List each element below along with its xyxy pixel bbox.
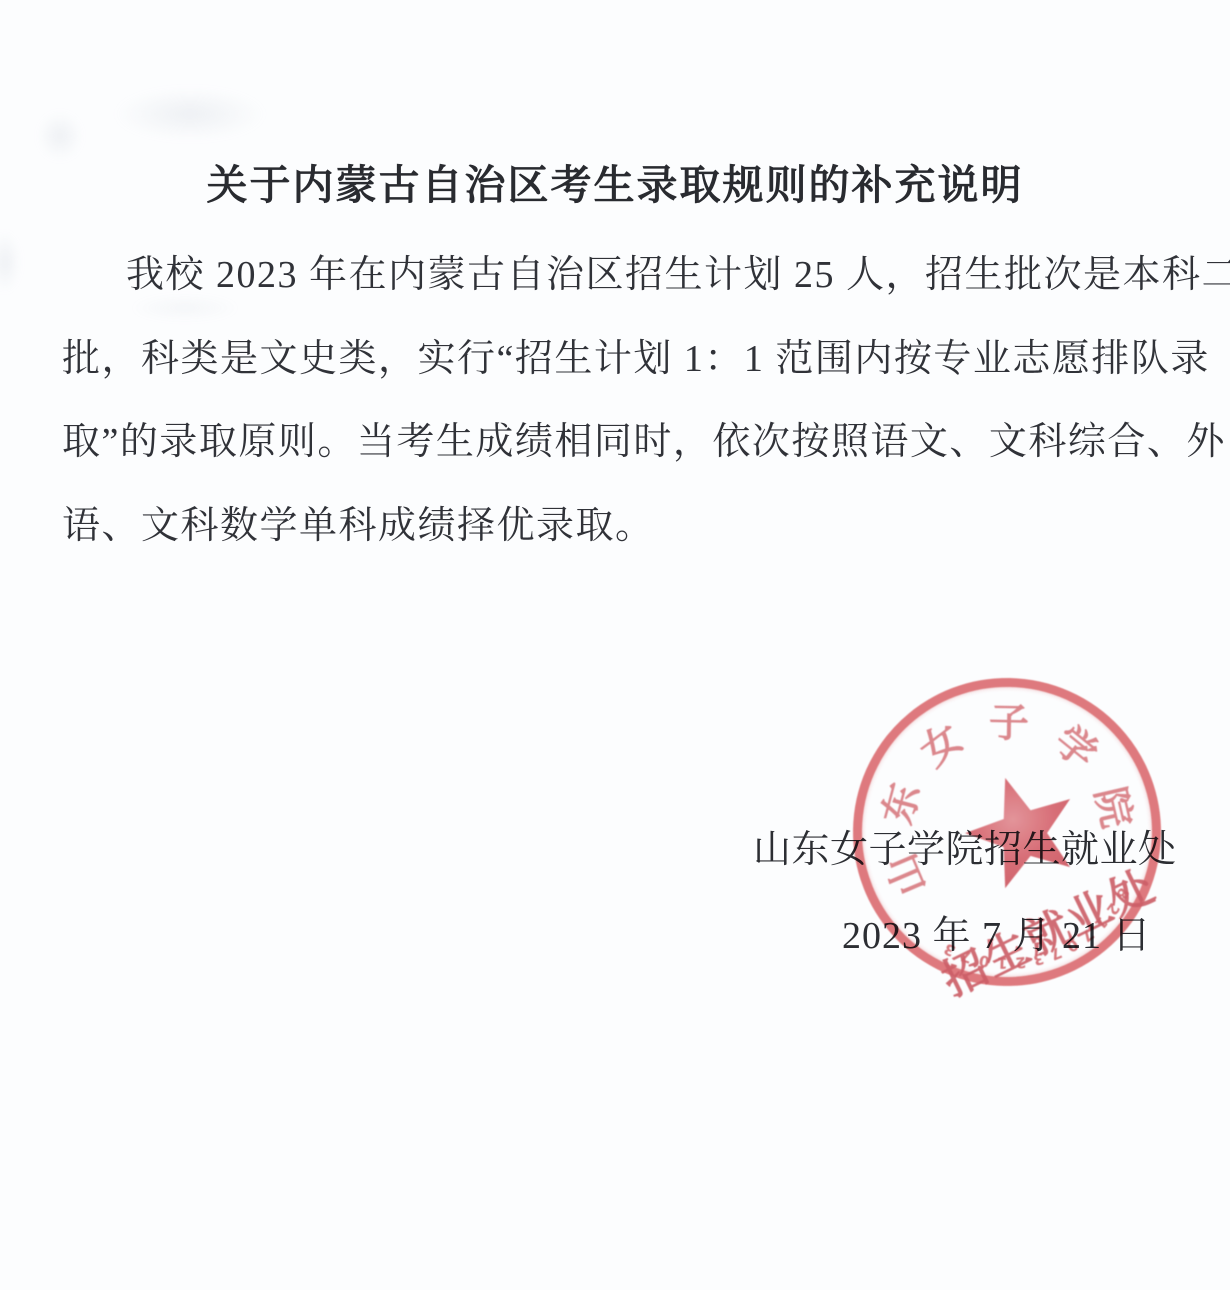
document-text-layer: 关于内蒙古自治区考生录取规则的补充说明 我校 2023 年在内蒙古自治区招生计划…: [0, 0, 1230, 1290]
document-title: 关于内蒙古自治区考生录取规则的补充说明: [0, 152, 1230, 211]
paragraph-line-3: 取”的录取原则。当考生成绩相同时，依次按照语文、文科综合、外: [62, 410, 1226, 465]
signature-department: 山东女子学院招生就业处: [753, 818, 1177, 873]
scanned-document-page: 关于内蒙古自治区考生录取规则的补充说明 我校 2023 年在内蒙古自治区招生计划…: [0, 0, 1230, 1290]
paragraph-line-1: 我校 2023 年在内蒙古自治区招生计划 25 人，招生批次是本科二: [62, 243, 1230, 298]
signature-date: 2023 年 7 月 21 日: [842, 904, 1152, 959]
paragraph-line-4: 语、文科数学单科成绩择优录取。: [62, 494, 655, 549]
paragraph-line-2: 批，科类是文史类，实行“招生计划 1：1 范围内按专业志愿排队录: [62, 327, 1210, 382]
